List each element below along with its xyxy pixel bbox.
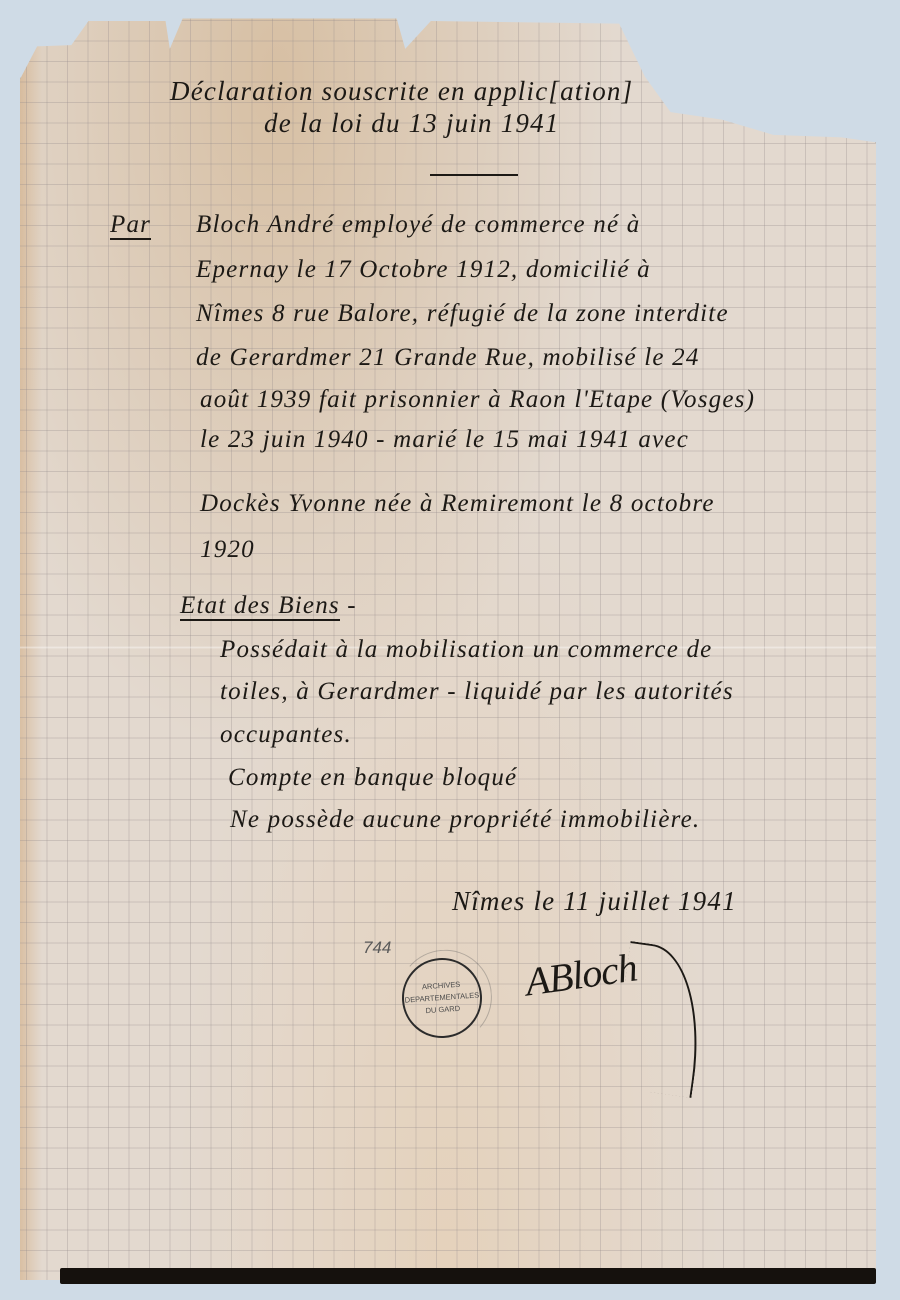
sheet-bottom-edge-shadow	[60, 1268, 876, 1284]
assets-line: Compte en banque bloqué	[228, 764, 517, 792]
declarant-line: Nîmes 8 rue Balore, réfugié de la zone i…	[196, 300, 729, 328]
assets-line: Possédait à la mobilisation un commerce …	[220, 636, 712, 664]
stamp-ghost-ring	[395, 947, 495, 1047]
archive-reference-number: 744	[363, 938, 391, 958]
assets-line: Ne possède aucune propriété immobilière.	[230, 806, 700, 834]
document-sheet: Déclaration souscrite en applic[ation] d…	[20, 16, 876, 1280]
title-line-1: Déclaration souscrite en applic[ation]	[170, 76, 633, 107]
declarant-line: 1920	[200, 536, 255, 564]
archive-stamp: ARCHIVES DEPARTEMENTALES DU GARD	[399, 955, 484, 1040]
title-line-2: de la loi du 13 juin 1941	[264, 108, 560, 139]
assets-heading-dash: -	[347, 592, 357, 619]
declarant-line: Bloch André employé de commerce né à	[196, 211, 640, 239]
assets-heading-text: Etat des Biens	[180, 592, 340, 621]
assets-line: toiles, à Gerardmer - liquidé par les au…	[220, 678, 734, 706]
place-and-date: Nîmes le 11 juillet 1941	[452, 886, 737, 917]
title-divider	[430, 174, 518, 176]
assets-heading: Etat des Biens -	[180, 592, 357, 620]
assets-line: occupantes.	[220, 721, 352, 749]
declarant-label: Par	[110, 211, 151, 239]
declarant-line: août 1939 fait prisonnier à Raon l'Etape…	[200, 386, 755, 414]
declarant-line: Epernay le 17 Octobre 1912, domicilié à	[196, 256, 651, 284]
declarant-line: Dockès Yvonne née à Remiremont le 8 octo…	[200, 490, 715, 518]
declarant-line: le 23 juin 1940 - marié le 15 mai 1941 a…	[200, 426, 689, 454]
declarant-line: de Gerardmer 21 Grande Rue, mobilisé le …	[196, 344, 700, 372]
